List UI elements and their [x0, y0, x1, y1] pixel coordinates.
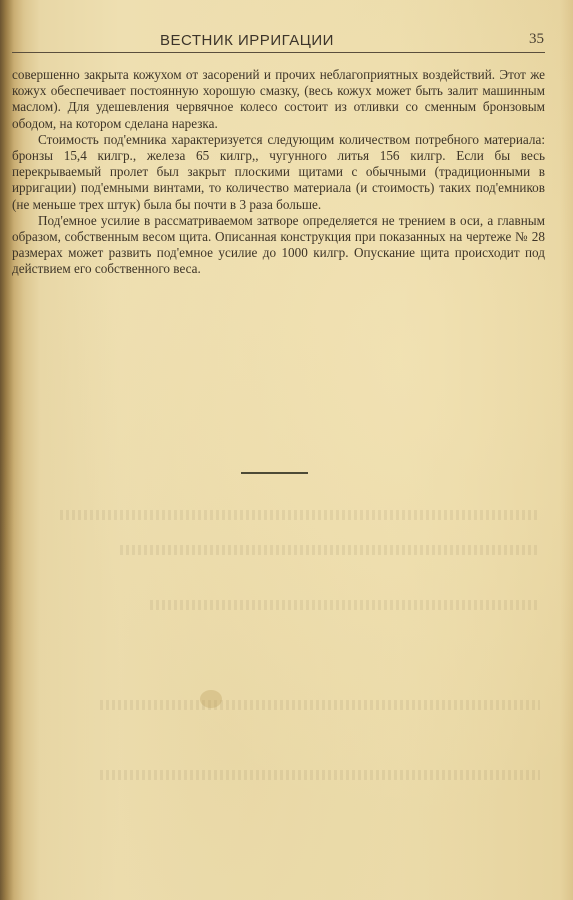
- show-through-texture: [60, 510, 540, 520]
- article-body: совершенно закрыта кожухом от засорений …: [12, 67, 545, 278]
- show-through-texture: [100, 770, 540, 780]
- running-header: ВЕСТНИК ИРРИГАЦИИ 35: [12, 30, 544, 52]
- section-divider: [241, 472, 308, 474]
- journal-title: ВЕСТНИК ИРРИГАЦИИ: [160, 32, 334, 49]
- paragraph-continuation: совершенно закрыта кожухом от засорений …: [12, 67, 545, 132]
- show-through-texture: [150, 600, 540, 610]
- page-number: 35: [529, 31, 544, 48]
- paper-stain: [200, 690, 222, 708]
- paragraph-cost: Стоимость под'емника характеризуется сле…: [12, 132, 545, 213]
- header-rule: [12, 52, 545, 53]
- document-page: ВЕСТНИК ИРРИГАЦИИ 35 совершенно закрыта …: [0, 0, 573, 900]
- paragraph-lifting-force: Под'емное усилие в рассматриваемом затво…: [12, 213, 545, 278]
- show-through-texture: [100, 700, 540, 710]
- show-through-texture: [120, 545, 540, 555]
